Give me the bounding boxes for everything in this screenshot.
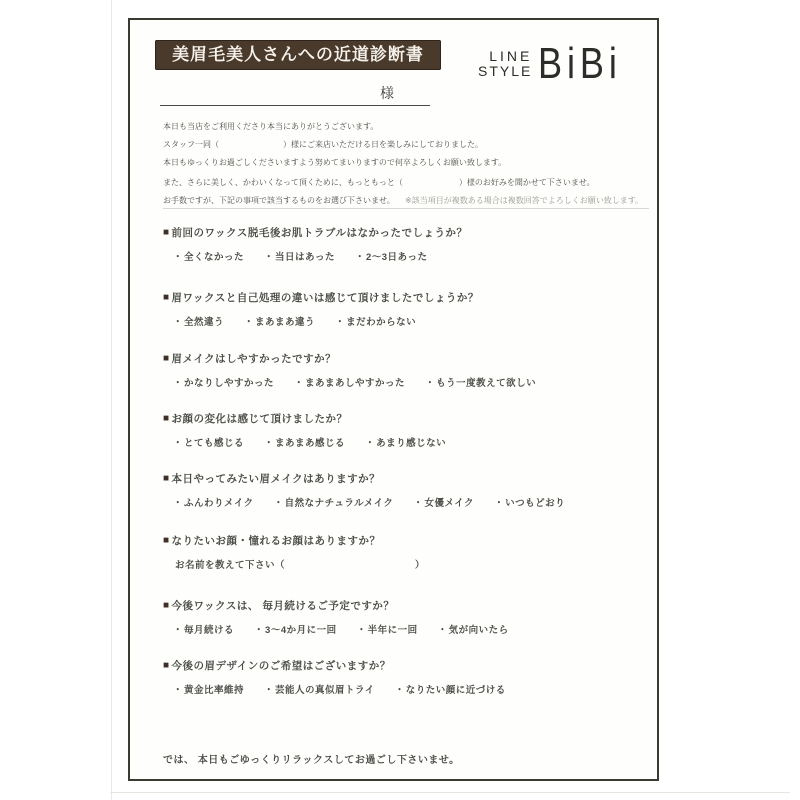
title-badge: 美眉毛美人さんへの近道診断書: [155, 40, 441, 70]
bullet-icon: ・: [173, 249, 183, 263]
logo-brand-bibi: BiBi: [538, 42, 622, 86]
question-heading: ■ 今後の眉デザインのご希望はございますか？: [163, 658, 649, 673]
option-item: ・芸能人の真似眉トライ: [264, 682, 375, 696]
options-row: ・かなりしやすかった ・まあまあしやすかった ・もう一度教えて欲しい: [173, 375, 649, 389]
option-label: なりたい顔に近づける: [406, 682, 506, 696]
question-text: 本日やってみたい眉メイクはありますか？: [172, 471, 381, 486]
question-text: なりたいお顔・憧れるお顔はありますか？: [172, 533, 381, 548]
options-row: ・全くなかった ・当日はあった ・2～3日あった: [173, 249, 649, 263]
name-fill-in-prompt: お名前を教えて下さい（ ）: [175, 557, 649, 571]
square-bullet-icon: ■: [163, 600, 170, 611]
bullet-icon: ・: [173, 622, 183, 636]
bullet-icon: ・: [494, 495, 504, 509]
options-row: ・ふんわりメイク ・自然なナチュラルメイク ・女優メイク ・いつもどおり: [173, 495, 649, 509]
intro-line: 本日も当店をご利用くださり本当にありがとうございます。: [163, 118, 648, 136]
option-item: ・当日はあった: [264, 249, 335, 263]
customer-name-entry-line: 様: [160, 82, 430, 106]
questionnaire-sheet: 美眉毛美人さんへの近道診断書 LINE STYLE BiBi 様 本日も当店をご…: [128, 18, 659, 781]
closing-message: では、 本日もごゆっくりリラックスしてお過ごし下さいませ。: [163, 751, 460, 766]
option-label: もう一度教えて欲しい: [436, 375, 536, 389]
option-label: 3～4か月に一回: [265, 622, 337, 636]
question-text: 眉メイクはしやすかったですか？: [172, 351, 337, 366]
option-item: ・全くなかった: [173, 249, 244, 263]
bullet-icon: ・: [365, 435, 375, 449]
option-label: 気が向いたら: [449, 622, 509, 636]
option-item: ・女優メイク: [413, 495, 474, 509]
option-item: ・いつもどおり: [494, 495, 565, 509]
bullet-icon: ・: [244, 314, 254, 328]
bullet-icon: ・: [294, 375, 304, 389]
option-label: 芸能人の真似眉トライ: [275, 682, 375, 696]
option-label: 2～3日あった: [366, 249, 427, 263]
option-label: ふんわりメイク: [184, 495, 254, 509]
option-label: まあまあ違う: [255, 314, 315, 328]
bullet-icon: ・: [274, 495, 284, 509]
question-block-1: ■ 前回のワックス脱毛後お肌トラブルはなかったでしょうか？ ・全くなかった ・当…: [163, 225, 649, 263]
question-heading: ■ 今後ワックスは、 毎月続けるご予定ですか？: [163, 598, 649, 613]
question-block-2: ■ 眉ワックスと自己処理の違いは感じて頂けましたでしょうか？ ・全然違う ・まあ…: [163, 290, 649, 328]
square-bullet-icon: ■: [163, 353, 170, 364]
intro-instruction: お手数ですが、下記の事項で該当するものをお選び下さいませ。: [163, 196, 395, 205]
option-item: ・全然違う: [173, 314, 224, 328]
bullet-icon: ・: [173, 682, 183, 696]
question-heading: ■ 本日やってみたい眉メイクはありますか？: [163, 471, 649, 486]
options-row: ・黄金比率維持 ・芸能人の真似眉トライ ・なりたい顔に近づける: [173, 682, 649, 696]
square-bullet-icon: ■: [163, 292, 170, 303]
option-item: ・まあまあ感じる: [264, 435, 345, 449]
bullet-icon: ・: [173, 495, 183, 509]
option-item: ・まあまあ違う: [244, 314, 315, 328]
options-row: ・毎月続ける ・3～4か月に一回 ・半年に一回 ・気が向いたら: [173, 622, 649, 636]
intro-line: 本日もゆっくりお過ごしくださいますよう努めてまいりますので何卒よろしくお願い致し…: [163, 154, 648, 172]
option-label: 自然なナチュラルメイク: [285, 495, 394, 509]
bullet-icon: ・: [413, 495, 423, 509]
option-item: ・気が向いたら: [438, 622, 509, 636]
option-item: ・3～4か月に一回: [254, 622, 337, 636]
option-item: ・自然なナチュラルメイク: [274, 495, 394, 509]
bullet-icon: ・: [395, 682, 405, 696]
bullet-icon: ・: [335, 314, 345, 328]
name-honorific-label: 様: [380, 83, 394, 103]
options-row: ・全然違う ・まあまあ違う ・まだわからない: [173, 314, 649, 328]
option-item: ・まだわからない: [335, 314, 416, 328]
intro-line: また、さらに美しく、かわいくなって頂くために、もっともっと（ ）様のお好みを聞か…: [163, 174, 648, 192]
option-item: ・毎月続ける: [173, 622, 234, 636]
salon-logo: LINE STYLE BiBi: [478, 42, 648, 86]
photo-edge-left: [111, 0, 112, 800]
logo-word-style: STYLE: [478, 64, 532, 79]
option-item: ・まあまあしやすかった: [294, 375, 405, 389]
option-item: ・かなりしやすかった: [173, 375, 274, 389]
option-item: ・なりたい顔に近づける: [395, 682, 506, 696]
options-row: ・とても感じる ・まあまあ感じる ・あまり感じない: [173, 435, 649, 449]
bullet-icon: ・: [264, 435, 274, 449]
question-heading: ■ なりたいお顔・憧れるお顔はありますか？: [163, 533, 649, 548]
question-text: 今後の眉デザインのご希望はございますか？: [172, 658, 391, 673]
question-text: 今後ワックスは、 毎月続けるご予定ですか？: [172, 598, 395, 613]
intro-line: スタッフ一同（ ）様にご来店いただける日を楽しみにしておりました。: [163, 136, 648, 154]
option-item: ・もう一度教えて欲しい: [425, 375, 536, 389]
logo-words: LINE STYLE: [478, 49, 532, 79]
option-label: 女優メイク: [424, 495, 474, 509]
question-block-8: ■ 今後の眉デザインのご希望はございますか？ ・黄金比率維持 ・芸能人の真似眉ト…: [163, 658, 649, 696]
option-item: ・2～3日あった: [355, 249, 428, 263]
question-heading: ■ お顔の変化は感じて頂けましたか？: [163, 411, 649, 426]
square-bullet-icon: ■: [163, 535, 170, 546]
option-label: 半年に一回: [368, 622, 418, 636]
photo-edge-bottom: [110, 792, 790, 793]
bullet-icon: ・: [264, 682, 274, 696]
square-bullet-icon: ■: [163, 473, 170, 484]
bullet-icon: ・: [264, 249, 274, 263]
question-block-5: ■ 本日やってみたい眉メイクはありますか？ ・ふんわりメイク ・自然なナチュラル…: [163, 471, 649, 509]
square-bullet-icon: ■: [163, 413, 170, 424]
option-label: あまり感じない: [376, 435, 446, 449]
question-block-4: ■ お顔の変化は感じて頂けましたか？ ・とても感じる ・まあまあ感じる ・あまり…: [163, 411, 649, 449]
option-label: とても感じる: [184, 435, 244, 449]
option-label: 当日はあった: [275, 249, 335, 263]
question-text: 前回のワックス脱毛後お肌トラブルはなかったでしょうか？: [172, 225, 468, 240]
intro-multi-answer-note: ※該当項目が複数ある場合は複数回答でよろしくお願い致します。: [405, 196, 643, 205]
bullet-icon: ・: [254, 622, 264, 636]
option-label: かなりしやすかった: [184, 375, 274, 389]
option-label: 全然違う: [184, 314, 224, 328]
option-label: まあまあ感じる: [275, 435, 345, 449]
question-heading: ■ 眉ワックスと自己処理の違いは感じて頂けましたでしょうか？: [163, 290, 649, 305]
square-bullet-icon: ■: [163, 660, 170, 671]
option-label: いつもどおり: [505, 495, 565, 509]
bullet-icon: ・: [357, 622, 367, 636]
square-bullet-icon: ■: [163, 227, 170, 238]
intro-paragraph: 本日も当店をご利用くださり本当にありがとうございます。 スタッフ一同（ ）様にご…: [163, 118, 648, 210]
bullet-icon: ・: [173, 375, 183, 389]
option-item: ・半年に一回: [357, 622, 418, 636]
bullet-icon: ・: [355, 249, 365, 263]
section-divider: [163, 208, 649, 209]
option-label: 毎月続ける: [184, 622, 234, 636]
option-item: ・ふんわりメイク: [173, 495, 254, 509]
bullet-icon: ・: [438, 622, 448, 636]
question-block-6: ■ なりたいお顔・憧れるお顔はありますか？ お名前を教えて下さい（ ）: [163, 533, 649, 571]
question-block-7: ■ 今後ワックスは、 毎月続けるご予定ですか？ ・毎月続ける ・3～4か月に一回…: [163, 598, 649, 636]
bullet-icon: ・: [173, 314, 183, 328]
question-heading: ■ 眉メイクはしやすかったですか？: [163, 351, 649, 366]
logo-word-line: LINE: [489, 49, 532, 64]
bullet-icon: ・: [173, 435, 183, 449]
option-item: ・あまり感じない: [365, 435, 446, 449]
option-item: ・黄金比率維持: [173, 682, 244, 696]
question-heading: ■ 前回のワックス脱毛後お肌トラブルはなかったでしょうか？: [163, 225, 649, 240]
question-block-3: ■ 眉メイクはしやすかったですか？ ・かなりしやすかった ・まあまあしやすかった…: [163, 351, 649, 389]
option-label: まあまあしやすかった: [305, 375, 405, 389]
bullet-icon: ・: [425, 375, 435, 389]
option-label: まだわからない: [346, 314, 416, 328]
question-text: 眉ワックスと自己処理の違いは感じて頂けましたでしょうか？: [172, 290, 479, 305]
question-text: お顔の変化は感じて頂けましたか？: [172, 411, 348, 426]
option-item: ・とても感じる: [173, 435, 244, 449]
option-label: 黄金比率維持: [184, 682, 244, 696]
option-label: 全くなかった: [184, 249, 244, 263]
